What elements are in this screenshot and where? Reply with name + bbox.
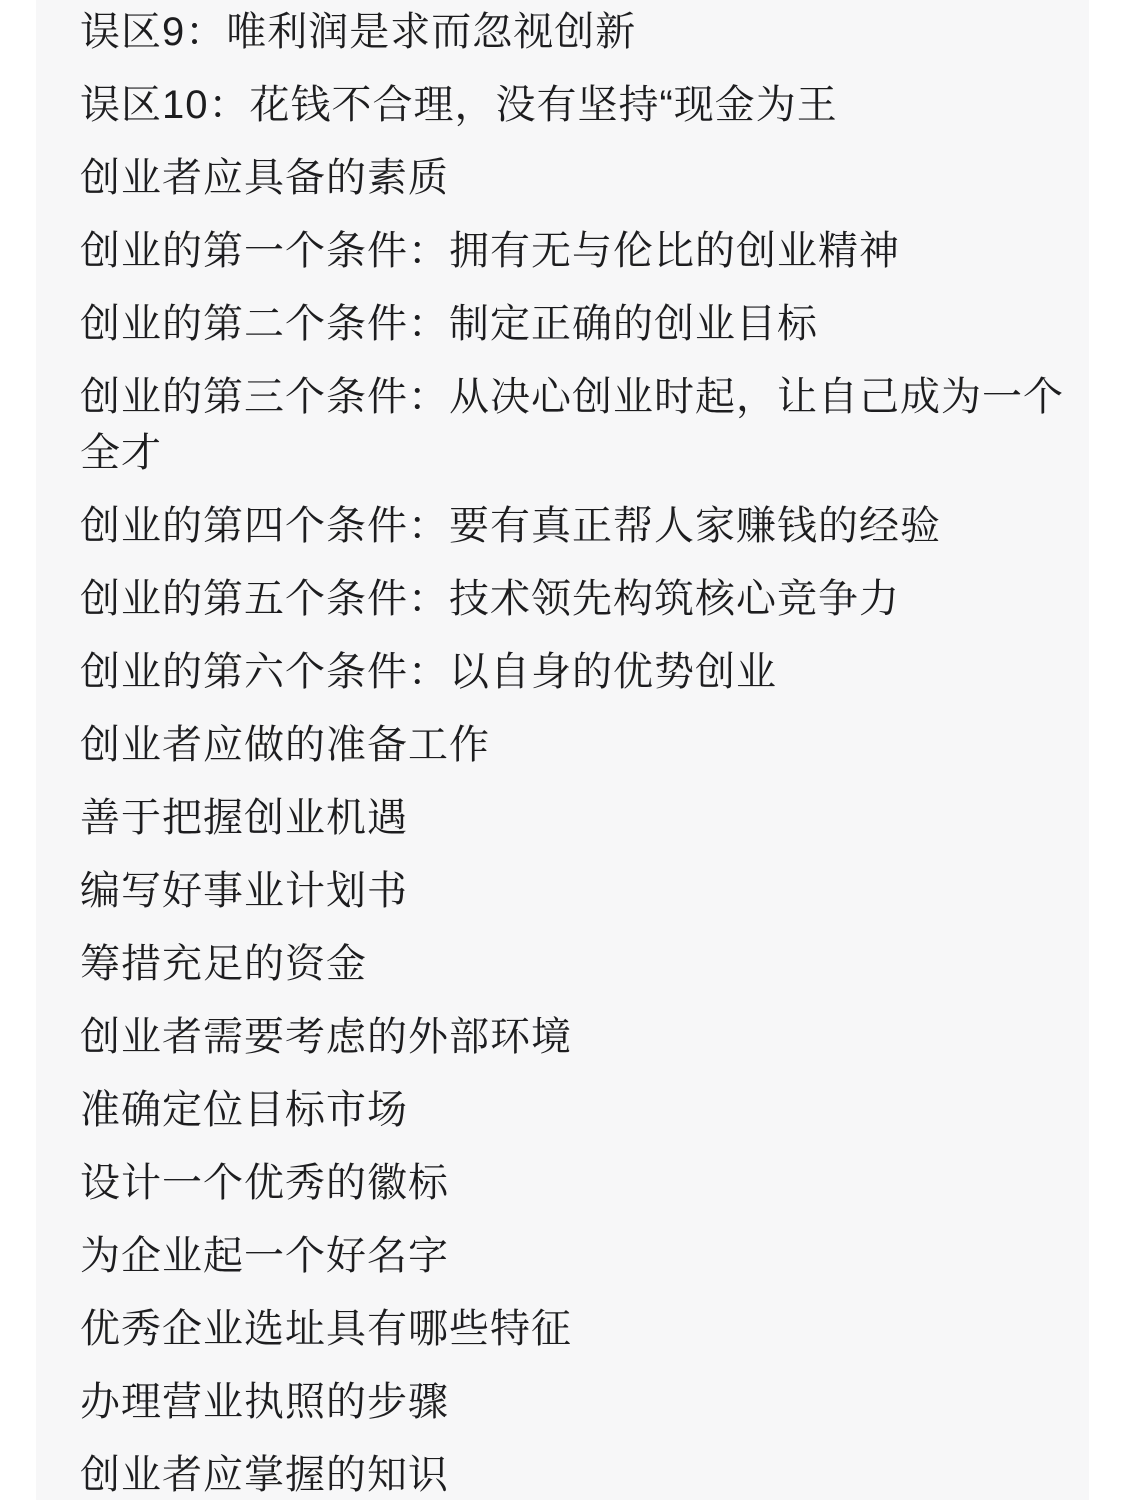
- toc-line: 创业者应掌握的知识: [80, 1447, 1070, 1500]
- toc-line: 准确定位目标市场: [80, 1082, 1070, 1138]
- toc-line: 创业的第一个条件：拥有无与伦比的创业精神: [80, 223, 1070, 279]
- page-viewport: 误区9：唯利润是求而忽视创新误区10：花钱不合理，没有坚持“现金为王创业者应具备…: [0, 0, 1125, 1500]
- toc-line: 创业的第六个条件：以自身的优势创业: [80, 644, 1070, 700]
- toc-line: 筹措充足的资金: [80, 936, 1070, 992]
- toc-line: 为企业起一个好名字: [80, 1228, 1070, 1284]
- toc-line: 设计一个优秀的徽标: [80, 1155, 1070, 1211]
- toc-list: 误区9：唯利润是求而忽视创新误区10：花钱不合理，没有坚持“现金为王创业者应具备…: [80, 4, 1089, 1500]
- toc-line: 创业者应做的准备工作: [80, 717, 1070, 773]
- toc-line: 创业的第三个条件：从决心创业时起，让自己成为一个全才: [80, 369, 1070, 481]
- toc-line: 编写好事业计划书: [80, 863, 1070, 919]
- toc-line: 误区9：唯利润是求而忽视创新: [80, 4, 1070, 60]
- toc-line: 创业者需要考虑的外部环境: [80, 1009, 1070, 1065]
- toc-line: 创业的第五个条件：技术领先构筑核心竞争力: [80, 571, 1070, 627]
- toc-line: 创业的第四个条件：要有真正帮人家赚钱的经验: [80, 498, 1070, 554]
- toc-line: 优秀企业选址具有哪些特征: [80, 1301, 1070, 1357]
- toc-line: 创业者应具备的素质: [80, 150, 1070, 206]
- toc-line: 误区10：花钱不合理，没有坚持“现金为王: [80, 77, 1070, 133]
- toc-line: 善于把握创业机遇: [80, 790, 1070, 846]
- toc-content-panel: 误区9：唯利润是求而忽视创新误区10：花钱不合理，没有坚持“现金为王创业者应具备…: [36, 0, 1089, 1500]
- toc-line: 办理营业执照的步骤: [80, 1374, 1070, 1430]
- toc-line: 创业的第二个条件：制定正确的创业目标: [80, 296, 1070, 352]
